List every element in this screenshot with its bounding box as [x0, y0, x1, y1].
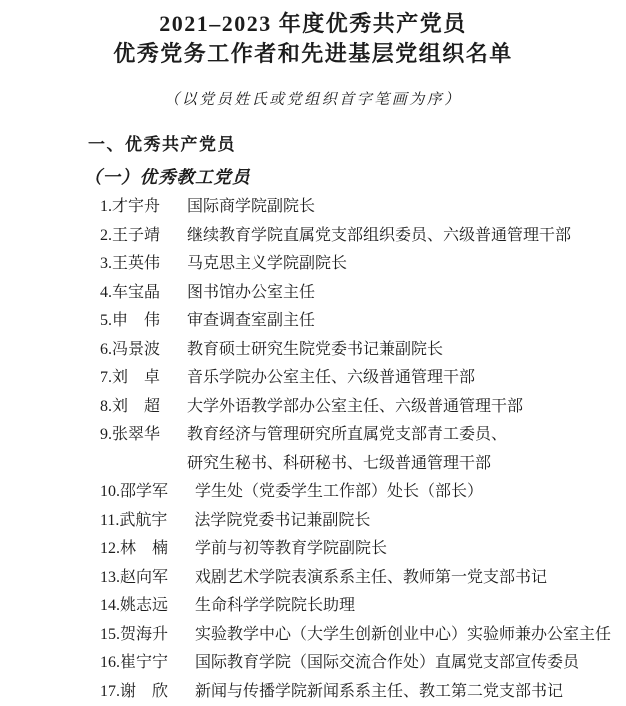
item-number: 6.: [100, 336, 112, 365]
member-name: 谢 欣: [120, 678, 195, 706]
member-position: 图书馆办公室主任: [187, 279, 315, 308]
list-item: 2.王子靖继续教育学院直属党支部组织委员、六级普通管理干部: [100, 222, 626, 251]
title-line-1: 2021–2023 年度优秀共产党员: [0, 9, 626, 39]
sort-order-note: （以党员姓氏或党组织首字笔画为序）: [0, 88, 626, 109]
item-number: 4.: [100, 279, 112, 308]
member-position: 法学院党委书记兼副院长: [194, 507, 370, 536]
list-item: 5.申 伟审查调查室副主任: [100, 307, 626, 336]
member-name: 张翠华: [112, 421, 187, 450]
member-name: 崔宁宁: [120, 649, 195, 678]
member-position: 教育经济与管理研究所直属党支部青工委员、研究生秘书、科研秘书、七级普通管理干部: [187, 421, 507, 478]
member-list: 1.才宇舟国际商学院副院长2.王子靖继续教育学院直属党支部组织委员、六级普通管理…: [100, 193, 626, 706]
member-name: 贺海升: [120, 621, 195, 650]
member-position: 大学外语教学部办公室主任、六级普通管理干部: [187, 393, 523, 422]
item-number: 17.: [100, 678, 120, 706]
member-position: 音乐学院办公室主任、六级普通管理干部: [187, 364, 475, 393]
member-name: 冯景波: [112, 336, 187, 365]
item-number: 13.: [100, 564, 120, 593]
member-position: 学生处（党委学生工作部）处长（部长）: [195, 478, 483, 507]
member-name: 刘 超: [112, 393, 187, 422]
list-item: 3.王英伟马克思主义学院副院长: [100, 250, 626, 279]
member-name: 王子靖: [112, 222, 187, 251]
item-number: 15.: [100, 621, 120, 650]
list-item: 11.武航宇法学院党委书记兼副院长: [100, 507, 626, 536]
member-name: 刘 卓: [112, 364, 187, 393]
title-line-2: 优秀党务工作者和先进基层党组织名单: [0, 39, 626, 69]
member-position: 审查调查室副主任: [187, 307, 315, 336]
member-position: 生命科学学院院长助理: [195, 592, 355, 621]
member-position: 戏剧艺术学院表演系系主任、教师第一党支部书记: [195, 564, 547, 593]
item-number: 12.: [100, 535, 120, 564]
list-item: 17.谢 欣新闻与传播学院新闻系系主任、教工第二党支部书记: [100, 678, 626, 706]
item-number: 14.: [100, 592, 120, 621]
item-number: 2.: [100, 222, 112, 251]
item-number: 9.: [100, 421, 112, 450]
list-item: 16.崔宁宁国际教育学院（国际交流合作处）直属党支部宣传委员: [100, 649, 626, 678]
list-item: 13.赵向军戏剧艺术学院表演系系主任、教师第一党支部书记: [100, 564, 626, 593]
document-title: 2021–2023 年度优秀共产党员 优秀党务工作者和先进基层党组织名单: [0, 9, 626, 69]
item-number: 10.: [100, 478, 120, 507]
list-item: 7.刘 卓音乐学院办公室主任、六级普通管理干部: [100, 364, 626, 393]
list-item: 14.姚志远生命科学学院院长助理: [100, 592, 626, 621]
member-name: 王英伟: [112, 250, 187, 279]
item-number: 8.: [100, 393, 112, 422]
member-name: 邵学军: [120, 478, 195, 507]
member-position: 马克思主义学院副院长: [187, 250, 347, 279]
member-name: 赵向军: [120, 564, 195, 593]
member-position: 新闻与传播学院新闻系系主任、教工第二党支部书记: [195, 678, 563, 706]
item-number: 5.: [100, 307, 112, 336]
member-position: 继续教育学院直属党支部组织委员、六级普通管理干部: [187, 222, 571, 251]
member-name: 车宝晶: [112, 279, 187, 308]
item-number: 16.: [100, 649, 120, 678]
section-heading-outstanding-party-members: 一、优秀共产党员: [88, 130, 626, 155]
list-item: 12.林 楠学前与初等教育学院副院长: [100, 535, 626, 564]
member-position: 学前与初等教育学院副院长: [195, 535, 387, 564]
list-item: 15.贺海升实验教学中心（大学生创新创业中心）实验师兼办公室主任: [100, 621, 626, 650]
member-name: 才宇舟: [112, 193, 187, 222]
list-item: 8.刘 超大学外语教学部办公室主任、六级普通管理干部: [100, 393, 626, 422]
item-number: 1.: [100, 193, 112, 222]
document-page: 2021–2023 年度优秀共产党员 优秀党务工作者和先进基层党组织名单 （以党…: [0, 0, 626, 706]
item-number: 3.: [100, 250, 112, 279]
member-position: 国际教育学院（国际交流合作处）直属党支部宣传委员: [195, 649, 579, 678]
item-number: 7.: [100, 364, 112, 393]
member-name: 申 伟: [112, 307, 187, 336]
list-item: 1.才宇舟国际商学院副院长: [100, 193, 626, 222]
member-position: 实验教学中心（大学生创新创业中心）实验师兼办公室主任: [195, 621, 611, 650]
item-number: 11.: [100, 507, 119, 536]
member-name: 林 楠: [120, 535, 195, 564]
member-position: 国际商学院副院长: [187, 193, 315, 222]
subsection-heading-faculty-party-members: （一）优秀教工党员: [84, 164, 626, 189]
member-name: 武航宇: [119, 507, 194, 536]
list-item: 10.邵学军学生处（党委学生工作部）处长（部长）: [100, 478, 626, 507]
list-item: 4.车宝晶图书馆办公室主任: [100, 279, 626, 308]
list-item: 6.冯景波教育硕士研究生院党委书记兼副院长: [100, 336, 626, 365]
member-position: 教育硕士研究生院党委书记兼副院长: [187, 336, 443, 365]
member-name: 姚志远: [120, 592, 195, 621]
list-item: 9.张翠华教育经济与管理研究所直属党支部青工委员、研究生秘书、科研秘书、七级普通…: [100, 421, 626, 478]
